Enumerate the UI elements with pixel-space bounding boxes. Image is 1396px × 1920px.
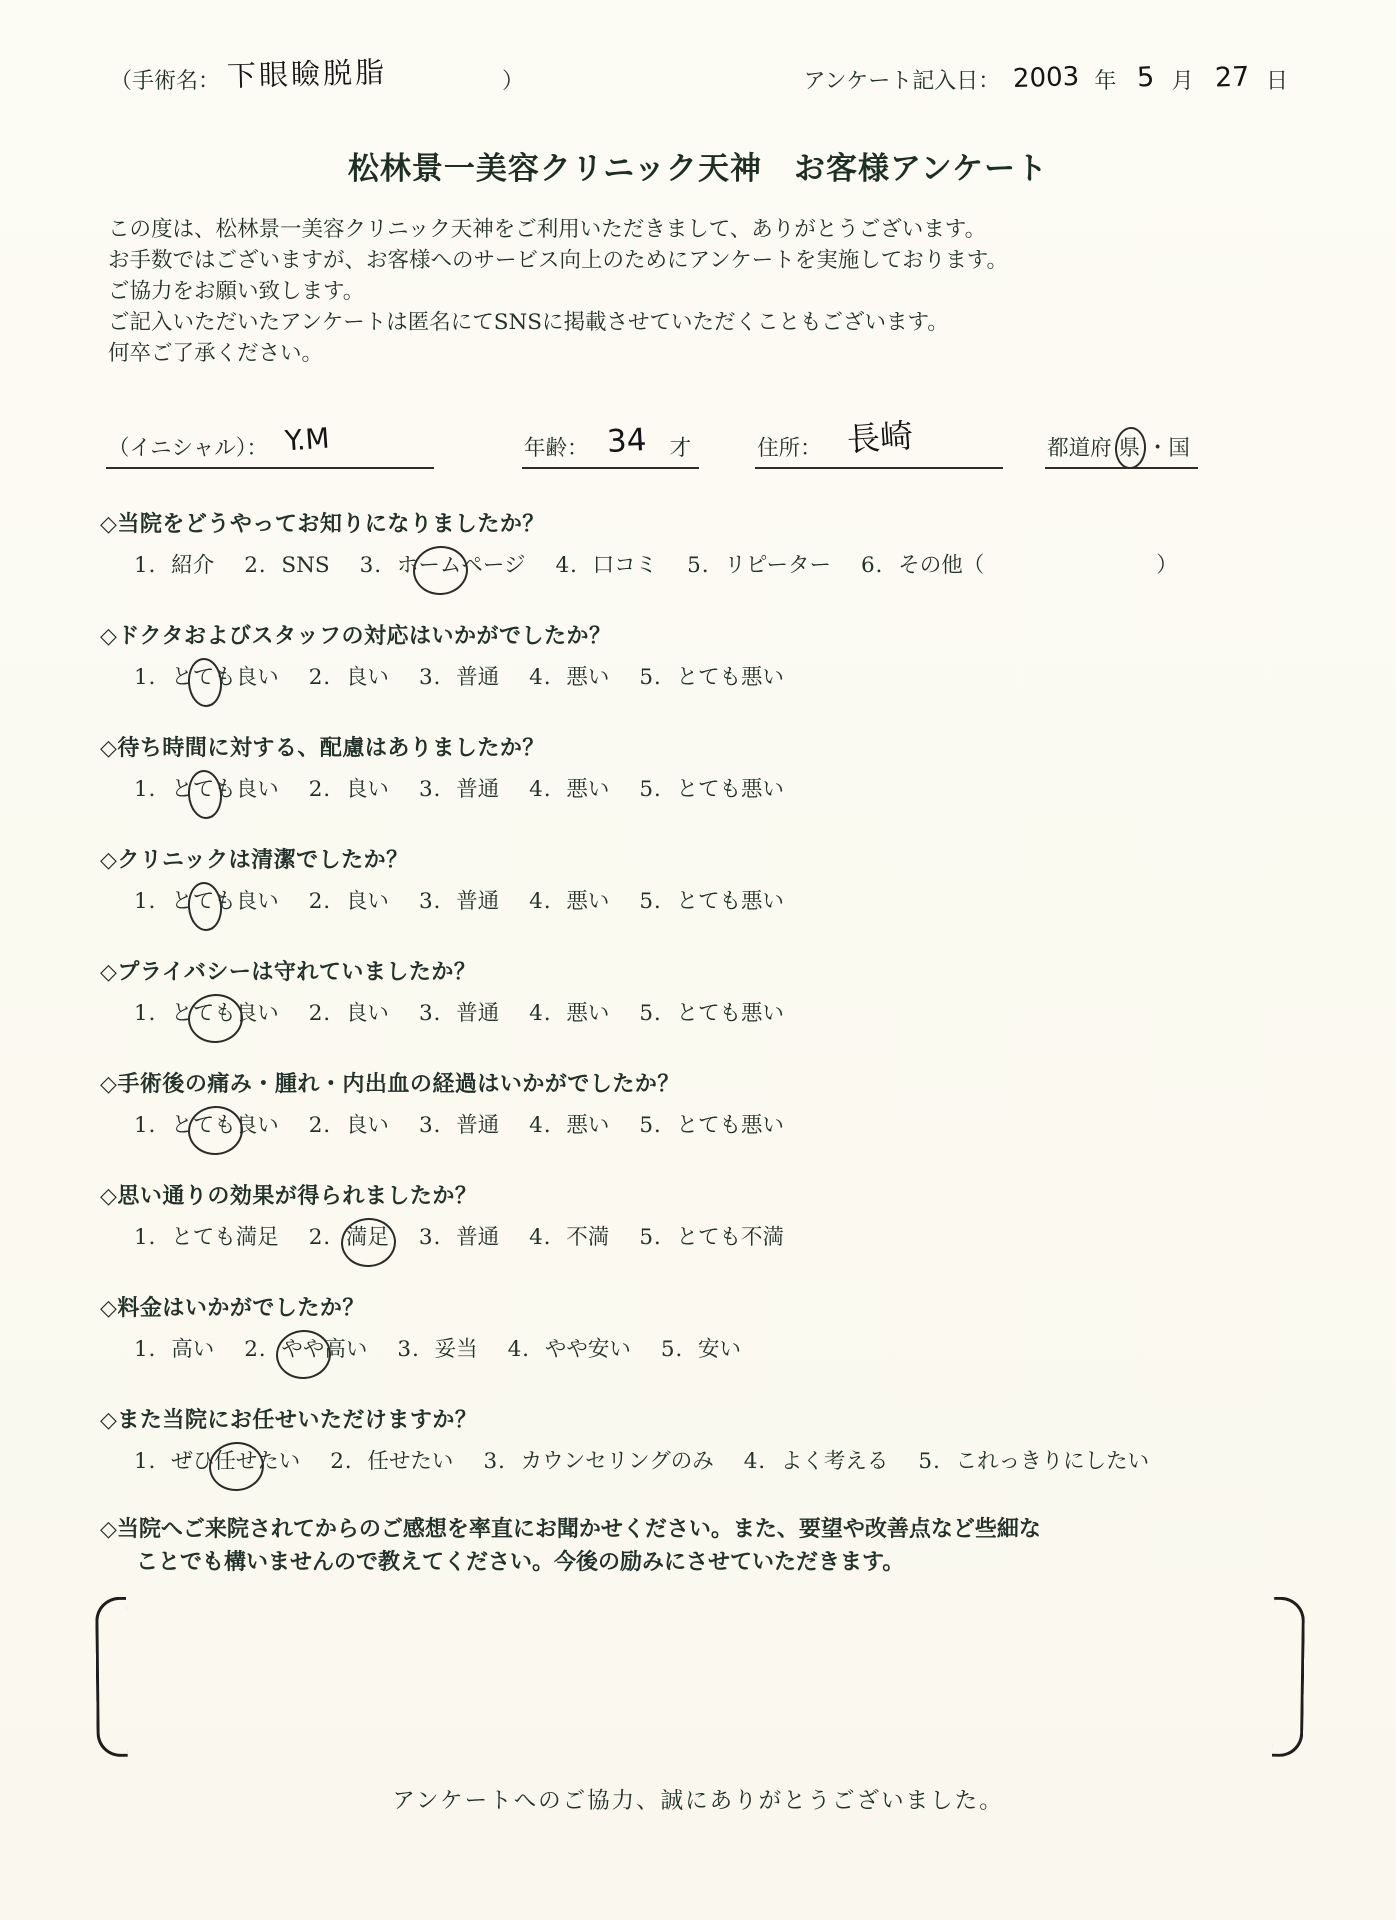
option-label: 普通 [456,777,499,802]
questions-section: ◇当院をどうやってお知りになりましたか？1．紹介2．SNS3．ホームページ4．口… [0,509,1396,1477]
option-number: 2． [309,665,346,690]
comment-prompt-line-2: ことでも構いませんので教えてください。今後の励みにさせていただきます。 [100,1546,1396,1579]
option-label: 良い [346,1113,389,1138]
option-number: 5． [918,1449,955,1474]
answer-circle-mark: やや [281,1335,324,1365]
option-number: 4． [529,1001,566,1026]
footer-note: アンケートへのご協力、誠にありがとうございました。 [0,1783,1396,1815]
question-block: ◇手術後の痛み・腫れ・内出血の経過はいかがでしたか？1．とても良い2．良い3．普… [100,1069,1396,1141]
answer-circle-mark: ーム [418,551,461,581]
option-item: 2．SNS [244,553,329,578]
initial-field: （イニシャル）： Y.M [106,431,434,469]
question-options: 1．とても良い2．良い3．普通4．悪い5．とても悪い [134,887,1396,917]
question-options: 1．とても良い2．良い3．普通4．悪い5．とても悪い [134,663,1396,693]
surgery-value-area: 下眼瞼脱脂 [227,64,495,97]
option-item: 3．普通 [419,777,499,802]
answer-circle-mark: ても [193,999,236,1029]
option-item: 4．口コミ [555,553,657,578]
question-title: ◇当院をどうやってお知りになりましたか？ [100,509,1396,539]
option-label: 悪い [566,889,609,914]
question-options: 1．とても満足2．満足3．普通4．不満5．とても不満 [134,1223,1396,1253]
option-label: 普通 [456,665,499,690]
question-block: ◇料金はいかがでしたか？1．高い2．やや高い3．妥当4．やや安い5．安い [100,1293,1396,1365]
initial-value-handwritten: Y.M [284,424,330,455]
option-label: 普通 [456,1225,499,1250]
option-item: 1．とても良い [134,889,279,914]
option-label: やや安い [545,1337,631,1362]
option-number: 2． [309,1225,346,1250]
option-label: 口コミ [593,553,658,578]
option-item: 5．リピーター [687,553,831,578]
option-number: 3． [419,1001,456,1026]
option-number: 4． [555,553,592,578]
option-number: 5． [639,1225,676,1250]
option-label: 良い [346,889,389,914]
intro-line: お手数ではございますが、お客様へのサービス向上のためにアンケートを実施しておりま… [108,245,1396,276]
question-block: ◇クリニックは清潔でしたか？1．とても良い2．良い3．普通4．悪い5．とても悪い [100,845,1396,917]
question-options: 1．とても良い2．良い3．普通4．悪い5．とても悪い [134,1111,1396,1141]
option-label: と [171,665,193,690]
surgery-value-handwritten: 下眼瞼脱脂 [227,58,388,91]
option-label: 悪い [566,665,609,690]
option-label: たい [257,1449,300,1474]
option-item: 2．やや高い [244,1337,367,1362]
option-label: と [171,777,193,802]
option-item: 5．これっきりにしたい [918,1449,1149,1474]
age-value-handwritten: 34 [607,425,648,458]
question-block: ◇当院をどうやってお知りになりましたか？1．紹介2．SNS3．ホームページ4．口… [100,509,1396,581]
option-number: 5． [639,1113,676,1138]
option-label: 普通 [456,1113,499,1138]
option-label: と [171,1001,193,1026]
option-number: 1． [134,1001,171,1026]
option-item: 4．悪い [529,1113,609,1138]
option-label: その他（ ） [898,553,1178,578]
question-title: ◇待ち時間に対する、配慮はありましたか？ [100,733,1396,763]
intro-paragraph: この度は、松林景一美容クリニック天神をご利用いただきまして、ありがとうございます… [108,214,1396,369]
option-number: 1． [134,1449,171,1474]
question-block: ◇思い通りの効果が得られましたか？1．とても満足2．満足3．普通4．不満5．とて… [100,1181,1396,1253]
option-item: 3．普通 [419,889,499,914]
option-number: 2． [309,889,346,914]
option-number: 1． [134,1113,171,1138]
option-label: も良い [214,665,279,690]
option-number: 2． [244,1337,281,1362]
surgery-name-field: （手術名： 下眼瞼脱脂 ） [110,64,524,97]
option-item: 3．カウンセリングのみ [483,1449,713,1474]
option-label: カウンセリングのみ [521,1449,714,1474]
option-item: 5．とても悪い [639,1001,784,1026]
identity-row: （イニシャル）： Y.M 年齢： 34 才 住所： 長崎 都道府 県 ・国 [106,427,1396,469]
question-options: 1．とても良い2．良い3．普通4．悪い5．とても悪い [134,775,1396,805]
question-block: ◇プライバシーは守れていましたか？1．とても良い2．良い3．普通4．悪い5．とて… [100,957,1396,1029]
option-number: 4． [529,1225,566,1250]
option-number: 3． [419,777,456,802]
option-number: 3． [419,1225,456,1250]
surgery-label-open: （手術名： [110,69,220,94]
question-title: ◇思い通りの効果が得られましたか？ [100,1181,1396,1211]
pref-text-after: ・国 [1147,436,1190,461]
option-number: 3． [419,1113,456,1138]
bracket-right-icon [1272,1597,1305,1757]
option-label: よく考える [781,1449,889,1474]
option-item: 5．とても悪い [639,777,784,802]
option-number: 2． [309,1001,346,1026]
option-number: 4． [529,665,566,690]
question-title: ◇ドクタおよびスタッフの対応はいかがでしたか？ [100,621,1396,651]
option-item: 1．ぜひ任せたい [134,1449,300,1474]
option-label: とても悪い [677,1113,785,1138]
option-item: 5．とても不満 [639,1225,784,1250]
option-label: とても悪い [677,1001,785,1026]
option-item: 3．普通 [419,1225,499,1250]
option-item: 2．良い [309,777,389,802]
option-item: 1．とても良い [134,777,279,802]
option-number: 2． [244,553,281,578]
question-title: ◇料金はいかがでしたか？ [100,1293,1396,1323]
option-label: とても悪い [677,889,785,914]
option-item: 4．やや安い [508,1337,631,1362]
age-field: 年齢： 34 才 [522,430,699,469]
date-month-handwritten: 5 [1137,64,1156,92]
option-item: 2．良い [309,1001,389,1026]
option-label: とても悪い [677,777,785,802]
option-item: 4．よく考える [744,1449,889,1474]
option-number: 4． [529,1113,566,1138]
option-label: 不満 [566,1225,609,1250]
option-label: 高い [324,1337,367,1362]
comment-box [96,1597,1304,1757]
option-label: 任せたい [367,1449,453,1474]
option-number: 1． [134,553,171,578]
question-title: ◇クリニックは清潔でしたか？ [100,845,1396,875]
option-label: 良い [346,777,389,802]
option-number: 5． [639,777,676,802]
option-item: 3．普通 [419,1113,499,1138]
answer-circle-mark: 満足 [346,1223,389,1253]
header: （手術名： 下眼瞼脱脂 ） アンケート記入日： 2003 年 5 月 27 日 [0,0,1396,97]
initial-label: （イニシャル）： [108,436,268,461]
option-item: 2．良い [309,665,389,690]
question-title: ◇手術後の痛み・腫れ・内出血の経過はいかがでしたか？ [100,1069,1396,1099]
question-options: 1．とても良い2．良い3．普通4．悪い5．とても悪い [134,999,1396,1029]
comment-prompt-line-1: ◇当院へご来院されてからのご感想を率直にお聞かせください。また、要望や改善点など… [100,1513,1396,1546]
option-label: 良い [236,1001,279,1026]
intro-line: この度は、松林景一美容クリニック天神をご利用いただきまして、ありがとうございます… [108,214,1396,245]
option-number: 5． [639,665,676,690]
option-label: 良い [346,1001,389,1026]
pref-text: 都道府 [1047,436,1112,461]
answer-circle-mark: ても [193,1111,236,1141]
date-year-unit: 年 [1094,69,1116,94]
question-title: ◇また当院にお任せいただけますか？ [100,1405,1396,1435]
surgery-label-close: ） [502,69,524,94]
option-number: 4． [744,1449,781,1474]
option-item: 4．不満 [529,1225,609,1250]
option-label: ページ [461,553,525,578]
option-label: SNS [281,553,329,578]
address-field: 住所： 長崎 [755,427,1003,469]
option-label: 妥当 [435,1337,478,1362]
intro-line: ご記入いただいたアンケートは匿名にてSNSに掲載させていただくこともございます。 [108,307,1396,338]
date-label: アンケート記入日： [804,69,1001,94]
option-item: 2．満足 [309,1225,389,1250]
survey-page: （手術名： 下眼瞼脱脂 ） アンケート記入日： 2003 年 5 月 27 日 … [0,0,1396,1920]
option-label: も良い [214,889,279,914]
option-number: 3． [419,665,456,690]
age-label: 年齢： [524,436,589,461]
option-label: と [171,889,193,914]
option-label: 悪い [566,777,609,802]
option-item: 3．普通 [419,1001,499,1026]
option-label: 安い [698,1337,741,1362]
question-block: ◇待ち時間に対する、配慮はありましたか？1．とても良い2．良い3．普通4．悪い5… [100,733,1396,805]
answer-circle-mark: て [193,775,215,805]
option-item: 2．良い [309,1113,389,1138]
option-label: とても悪い [677,665,785,690]
option-item: 4．悪い [529,777,609,802]
option-item: 5．とても悪い [639,1113,784,1138]
survey-date-field: アンケート記入日： 2003 年 5 月 27 日 [804,66,1288,97]
option-number: 4． [529,889,566,914]
question-options: 1．高い2．やや高い3．妥当4．やや安い5．安い [134,1335,1396,1365]
address-label: 住所： [757,436,822,461]
prefecture-circle-mark: 県 [1119,431,1141,462]
option-item: 5．とても悪い [639,665,784,690]
option-number: 4． [529,777,566,802]
option-item: 4．悪い [529,889,609,914]
option-item: 6．その他（ ） [861,553,1178,578]
option-label: 紹介 [171,553,214,578]
age-unit: 才 [670,436,692,461]
option-item: 5．とても悪い [639,889,784,914]
option-label: 高い [171,1337,214,1362]
date-year-handwritten: 2003 [1013,64,1080,92]
date-month-unit: 月 [1172,69,1194,94]
answer-circle-mark: て [193,887,215,917]
question-block: ◇ドクタおよびスタッフの対応はいかがでしたか？1．とても良い2．良い3．普通4．… [100,621,1396,693]
prefecture-country-label: 都道府 県 ・国 [1045,431,1198,469]
option-item: 1．とても良い [134,1113,279,1138]
option-number: 3． [419,889,456,914]
option-label: 普通 [456,889,499,914]
option-label: 普通 [456,1001,499,1026]
comment-prompt: ◇当院へご来院されてからのご感想を率直にお聞かせください。また、要望や改善点など… [100,1513,1396,1579]
option-label: とても満足 [171,1225,279,1250]
option-number: 3． [483,1449,520,1474]
option-item: 2．良い [309,889,389,914]
answer-circle-mark: て [193,663,215,693]
option-item: 1．紹介 [134,553,214,578]
option-item: 3．ホームページ [360,553,526,578]
option-number: 5． [687,553,724,578]
intro-line: ご協力をお願い致します。 [108,276,1396,307]
page-title: 松林景一美容クリニック天神 お客様アンケート [0,143,1396,188]
option-label: 良い [236,1113,279,1138]
option-label: と [171,1113,193,1138]
option-number: 1． [134,665,171,690]
option-item: 5．安い [661,1337,741,1362]
option-label: ホ [397,553,419,578]
option-item: 1．とても満足 [134,1225,279,1250]
option-label: リピーター [724,553,831,578]
intro-line: 何卒ご了承ください。 [108,338,1396,369]
option-number: 1． [134,889,171,914]
option-number: 1． [134,1337,171,1362]
option-number: 3． [397,1337,434,1362]
question-options: 1．紹介2．SNS3．ホームページ4．口コミ5．リピーター6．その他（ ） [134,551,1396,581]
option-label: 良い [346,665,389,690]
option-number: 2． [309,1113,346,1138]
option-number: 1． [134,1225,171,1250]
option-number: 1． [134,777,171,802]
question-title: ◇プライバシーは守れていましたか？ [100,957,1396,987]
option-number: 5． [661,1337,698,1362]
date-day-handwritten: 27 [1214,63,1249,91]
option-label: も良い [214,777,279,802]
option-item: 4．悪い [529,1001,609,1026]
option-number: 4． [508,1337,545,1362]
option-number: 6． [861,553,898,578]
option-label: ぜひ [171,1449,214,1474]
address-value-handwritten: 長崎 [845,419,913,457]
option-item: 3．普通 [419,665,499,690]
option-item: 1．とても良い [134,665,279,690]
option-item: 1．高い [134,1337,214,1362]
option-number: 2． [330,1449,367,1474]
date-day-unit: 日 [1266,69,1288,94]
option-number: 2． [309,777,346,802]
option-label: 悪い [566,1001,609,1026]
option-number: 5． [639,889,676,914]
option-item: 1．とても良い [134,1001,279,1026]
option-label: とても不満 [677,1225,785,1250]
option-item: 4．悪い [529,665,609,690]
option-label: これっきりにしたい [956,1449,1150,1474]
question-options: 1．ぜひ任せたい2．任せたい3．カウンセリングのみ4．よく考える5．これっきりに… [134,1447,1396,1477]
option-number: 3． [360,553,397,578]
option-number: 5． [639,1001,676,1026]
bracket-left-icon [95,1597,128,1757]
question-block: ◇また当院にお任せいただけますか？1．ぜひ任せたい2．任せたい3．カウンセリング… [100,1405,1396,1477]
option-item: 3．妥当 [397,1337,477,1362]
answer-circle-mark: 任せ [214,1447,257,1477]
option-item: 2．任せたい [330,1449,453,1474]
option-label: 悪い [566,1113,609,1138]
